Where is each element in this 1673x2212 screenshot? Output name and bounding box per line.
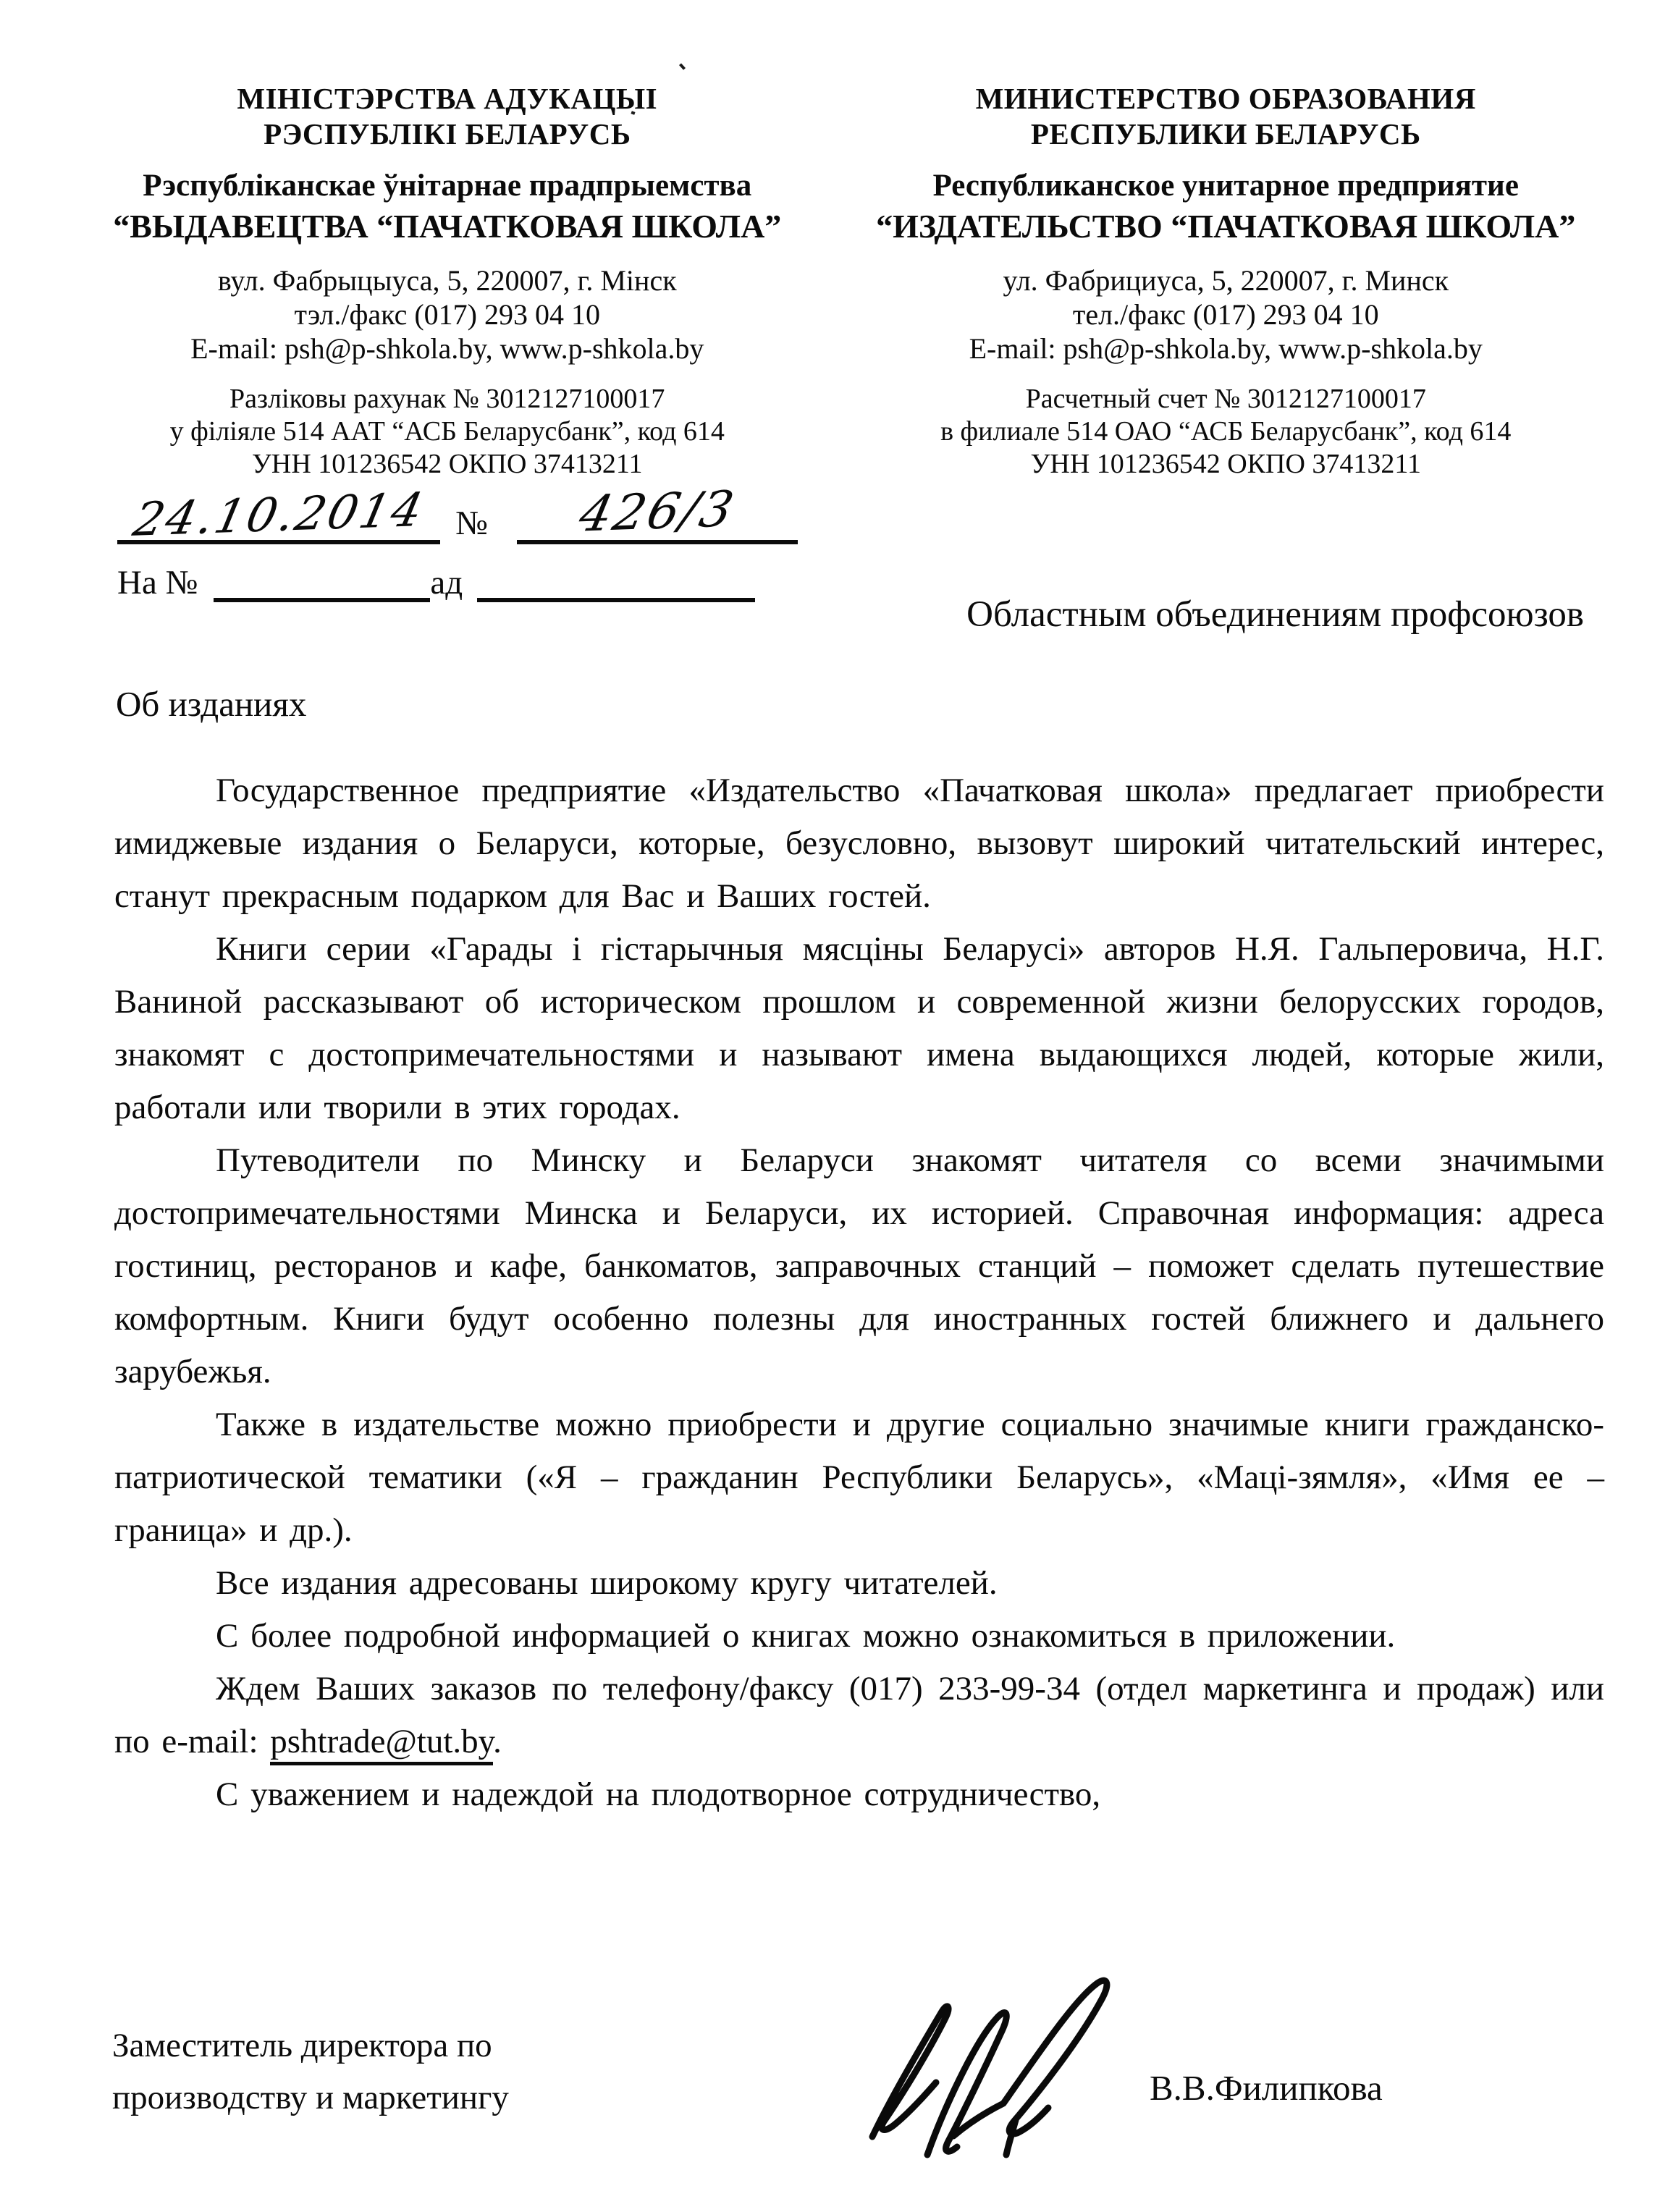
ministry-line1-by: МІНІСТЭРСТВА АДУКАЦЫІ <box>58 81 837 117</box>
reply-number-field <box>214 559 430 602</box>
paragraph-guides: Путеводители по Минску и Беларуси знаком… <box>114 1134 1604 1398</box>
org-type-by: Рэспубліканскае ўнітарнае прадпрыемства <box>58 168 837 204</box>
paragraph-orders: Ждем Ваших заказов по телефону/факсу (01… <box>114 1663 1604 1768</box>
signer-position-line2: производству и маркетингу <box>112 2072 509 2124</box>
phone-ru: тел./факс (017) 293 04 10 <box>837 297 1616 332</box>
phone-by: тэл./факс (017) 293 04 10 <box>58 297 837 332</box>
org-type-ru: Республиканское унитарное предприятие <box>837 168 1616 204</box>
reply-row: На № ад <box>117 544 798 602</box>
letter-body: Государственное предприятие «Издательств… <box>114 764 1604 1821</box>
contact-block-by: вул. Фабрыцыуса, 5, 220007, г. Мінск тэл… <box>58 263 837 366</box>
reference-block: 24.10.2014 № 426/3 На № ад <box>117 478 798 602</box>
paragraph-other-books: Также в издательстве можно приобрести и … <box>114 1398 1604 1557</box>
bank-account-by: Разліковы рахунак № 3012127100017 <box>58 383 837 415</box>
email-by: E-mail: psh@p-shkola.by, www.p-shkola.by <box>58 332 837 366</box>
letterhead-left-column: МІНІСТЭРСТВА АДУКАЦЫІ РЭСПУБЛІКІ БЕЛАРУС… <box>58 81 837 481</box>
orders-text-end: . <box>493 1723 502 1760</box>
paragraph-attachment: С более подробной информацией о книгах м… <box>114 1610 1604 1663</box>
scanned-letter-page: МІНІСТЭРСТВА АДУКАЦЫІ РЭСПУБЛІКІ БЕЛАРУС… <box>0 0 1673 2212</box>
reply-date-field <box>477 559 755 602</box>
org-name-by: “ВЫДАВЕЦТВА “ПАЧАТКОВАЯ ШКОЛА” <box>58 207 837 246</box>
number-sign: № <box>455 504 488 544</box>
scan-speckle <box>679 63 686 69</box>
signer-name: В.В.Филипкова <box>1150 2067 1383 2108</box>
contact-block-ru: ул. Фабрициуса, 5, 220007, г. Минск тел.… <box>837 263 1616 366</box>
recipient-line: Областным объединениям профсоюзов <box>966 594 1584 636</box>
paragraph-audience: Все издания адресованы широкому кругу чи… <box>114 1557 1604 1610</box>
handwritten-date: 24.10.2014 <box>129 487 429 545</box>
letterhead: МІНІСТЭРСТВА АДУКАЦЫІ РЭСПУБЛІКІ БЕЛАРУС… <box>0 81 1673 481</box>
reply-from-label: ад <box>430 563 463 602</box>
bank-account-ru: Расчетный счет № 3012127100017 <box>837 383 1616 415</box>
ministry-line2-by: РЭСПУБЛІКІ БЕЛАРУСЬ <box>58 117 837 152</box>
signer-position: Заместитель директора по производству и … <box>112 2019 509 2124</box>
bank-block-by: Разліковы рахунак № 3012127100017 у філі… <box>58 383 837 481</box>
reply-number-label: На № <box>117 563 198 602</box>
signer-position-line1: Заместитель директора по <box>112 2019 509 2072</box>
paragraph-intro: Государственное предприятие «Издательств… <box>114 764 1604 923</box>
email-ru: E-mail: psh@p-shkola.by, www.p-shkola.by <box>837 332 1616 366</box>
bank-codes-by: УНН 101236542 ОКПО 37413211 <box>58 448 837 481</box>
ministry-name-ru: МИНИСТЕРСТВО ОБРАЗОВАНИЯ РЕСПУБЛИКИ БЕЛА… <box>837 81 1616 152</box>
address-by: вул. Фабрыцыуса, 5, 220007, г. Мінск <box>58 263 837 297</box>
order-email-address: pshtrade@tut.by <box>270 1723 493 1765</box>
letterhead-right-column: МИНИСТЕРСТВО ОБРАЗОВАНИЯ РЕСПУБЛИКИ БЕЛА… <box>837 81 1616 481</box>
outgoing-number-field: 426/3 <box>517 488 798 544</box>
outgoing-row: 24.10.2014 № 426/3 <box>117 478 798 544</box>
bank-branch-ru: в филиале 514 ОАО “АСБ Беларусбанк”, код… <box>837 415 1616 448</box>
bank-block-ru: Расчетный счет № 3012127100017 в филиале… <box>837 383 1616 481</box>
date-field: 24.10.2014 <box>117 492 440 544</box>
bank-codes-ru: УНН 101236542 ОКПО 37413211 <box>837 448 1616 481</box>
ministry-name-by: МІНІСТЭРСТВА АДУКАЦЫІ РЭСПУБЛІКІ БЕЛАРУС… <box>58 81 837 152</box>
ministry-line1-ru: МИНИСТЕРСТВО ОБРАЗОВАНИЯ <box>837 81 1616 117</box>
address-ru: ул. Фабрициуса, 5, 220007, г. Минск <box>837 263 1616 297</box>
signature-handwriting <box>833 1940 1158 2212</box>
ministry-line2-ru: РЕСПУБЛИКИ БЕЛАРУСЬ <box>837 117 1616 152</box>
bank-branch-by: у філіяле 514 ААТ “АСБ Беларусбанк”, код… <box>58 415 837 448</box>
paragraph-closing: С уважением и надеждой на плодотворное с… <box>114 1768 1604 1821</box>
org-name-ru: “ИЗДАТЕЛЬСТВО “ПАЧАТКОВАЯ ШКОЛА” <box>837 207 1616 246</box>
subject-line: Об изданиях <box>116 683 306 725</box>
paragraph-series: Книги серии «Гарады і гістарычныя мясцін… <box>114 923 1604 1134</box>
handwritten-number: 426/3 <box>575 485 740 542</box>
